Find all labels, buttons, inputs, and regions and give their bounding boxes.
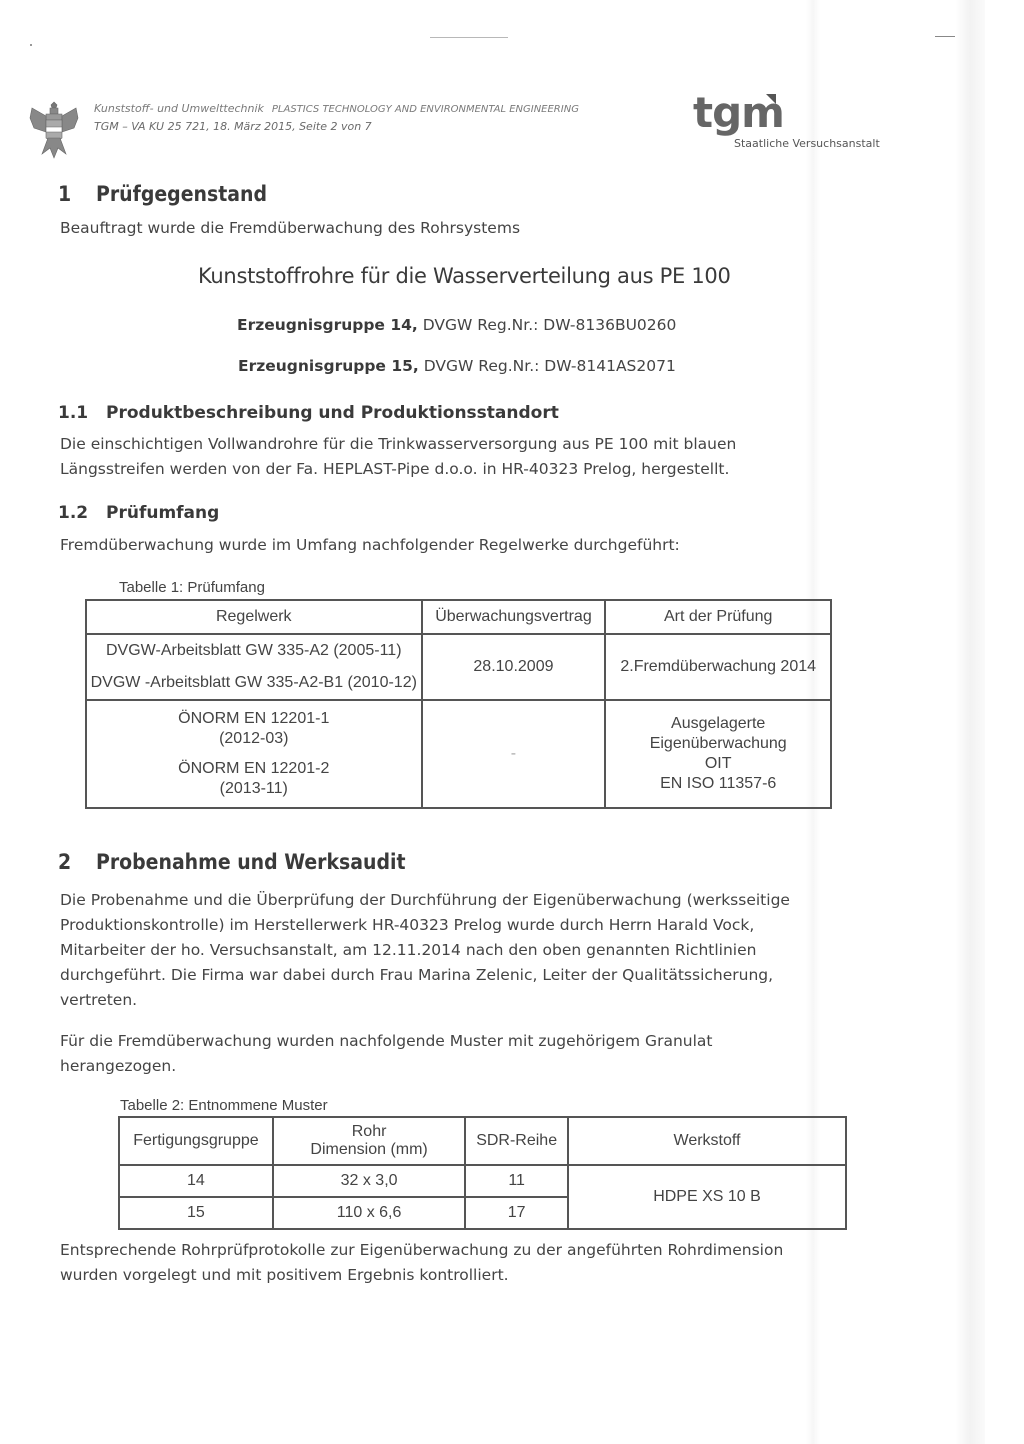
cell-gruppe: 15 (119, 1197, 273, 1229)
cell-vertrag: 28.10.2009 (422, 634, 606, 700)
scan-artifact-band (955, 0, 985, 1444)
table-1-caption: Tabelle 1: Prüfumfang (119, 579, 265, 596)
cell-dimension: 110 x 6,6 (273, 1197, 465, 1229)
section-2-paragraph-2: Für die Fremdüberwachung wurden nachfolg… (60, 1029, 712, 1079)
tgm-logo-mark-icon (766, 94, 776, 104)
column-header: Regelwerk (86, 600, 422, 634)
cell-sdr: 17 (465, 1197, 568, 1229)
scan-artifact-line (935, 36, 955, 37)
header-department-en: Plastics Technology and Environmental En… (272, 104, 579, 115)
header-reference: TGM – VA KU 25 721, 18. März 2015, Seite… (94, 120, 372, 133)
registration-line: Erzeugnisgruppe 15, DVGW Reg.Nr.: DW-814… (238, 357, 676, 375)
section-1-heading: 1Prüfgegenstand (58, 182, 267, 206)
cell-vertrag: - (422, 700, 606, 808)
cell-sdr: 11 (465, 1165, 568, 1197)
table-pruefumfang: Regelwerk Überwachungsvertrag Art der Pr… (85, 599, 832, 809)
column-header: Werkstoff (568, 1117, 846, 1165)
product-title: Kunststoffrohre für die Wasserverteilung… (198, 264, 731, 288)
registration-line: Erzeugnisgruppe 14, DVGW Reg.Nr.: DW-813… (237, 316, 676, 334)
cell-regelwerk: DVGW-Arbeitsblatt GW 335-A2 (2005-11) DV… (86, 634, 422, 700)
cell-dimension: 32 x 3,0 (273, 1165, 465, 1197)
section-1-intro: Beauftragt wurde die Fremdüberwachung de… (60, 216, 520, 241)
scan-artifact-line (430, 37, 508, 38)
section-1-2-text: Fremdüberwachung wurde im Umfang nachfol… (60, 533, 680, 558)
cell-werkstoff: HDPE XS 10 B (568, 1165, 846, 1229)
section-1-1-text: Die einschichtigen Vollwandrohre für die… (60, 432, 736, 482)
cell-art: 2.Fremdüberwachung 2014 (605, 634, 831, 700)
austrian-eagle-emblem-icon (28, 98, 80, 160)
section-2-heading: 2Probenahme und Werksaudit (58, 850, 406, 874)
table-row: ÖNORM EN 12201-1 (2012-03) ÖNORM EN 1220… (86, 700, 831, 808)
column-header: SDR-Reihe (465, 1117, 568, 1165)
table-row: DVGW-Arbeitsblatt GW 335-A2 (2005-11) DV… (86, 634, 831, 700)
table-row: 14 32 x 3,0 11 HDPE XS 10 B (119, 1165, 846, 1197)
column-header: Rohr Dimension (mm) (273, 1117, 465, 1165)
column-header: Überwachungsvertrag (422, 600, 606, 634)
table-2-caption: Tabelle 2: Entnommene Muster (120, 1097, 328, 1114)
table-header-row: Regelwerk Überwachungsvertrag Art der Pr… (86, 600, 831, 634)
cell-regelwerk: ÖNORM EN 12201-1 (2012-03) ÖNORM EN 1220… (86, 700, 422, 808)
column-header: Fertigungsgruppe (119, 1117, 273, 1165)
column-header: Art der Prüfung (605, 600, 831, 634)
section-1-1-heading: 1.1Produktbeschreibung und Produktionsst… (58, 403, 559, 423)
section-2-paragraph-1: Die Probenahme und die Überprüfung der D… (60, 888, 790, 1013)
scan-artifact-dot (30, 44, 32, 46)
section-1-2-heading: 1.2Prüfumfang (58, 503, 219, 523)
cell-art: Ausgelagerte Eigenüberwachung OIT EN ISO… (605, 700, 831, 808)
table-header-row: Fertigungsgruppe Rohr Dimension (mm) SDR… (119, 1117, 846, 1165)
header-department: Kunststoff- und UmwelttechnikPlastics Te… (94, 102, 579, 115)
tgm-logo-subtitle: Staatliche Versuchsanstalt (734, 137, 880, 150)
table-entnommene-muster: Fertigungsgruppe Rohr Dimension (mm) SDR… (118, 1116, 847, 1230)
header-department-de: Kunststoff- und Umwelttechnik (94, 102, 264, 115)
cell-gruppe: 14 (119, 1165, 273, 1197)
section-2-paragraph-3: Entsprechende Rohrprüfprotokolle zur Eig… (60, 1238, 783, 1288)
